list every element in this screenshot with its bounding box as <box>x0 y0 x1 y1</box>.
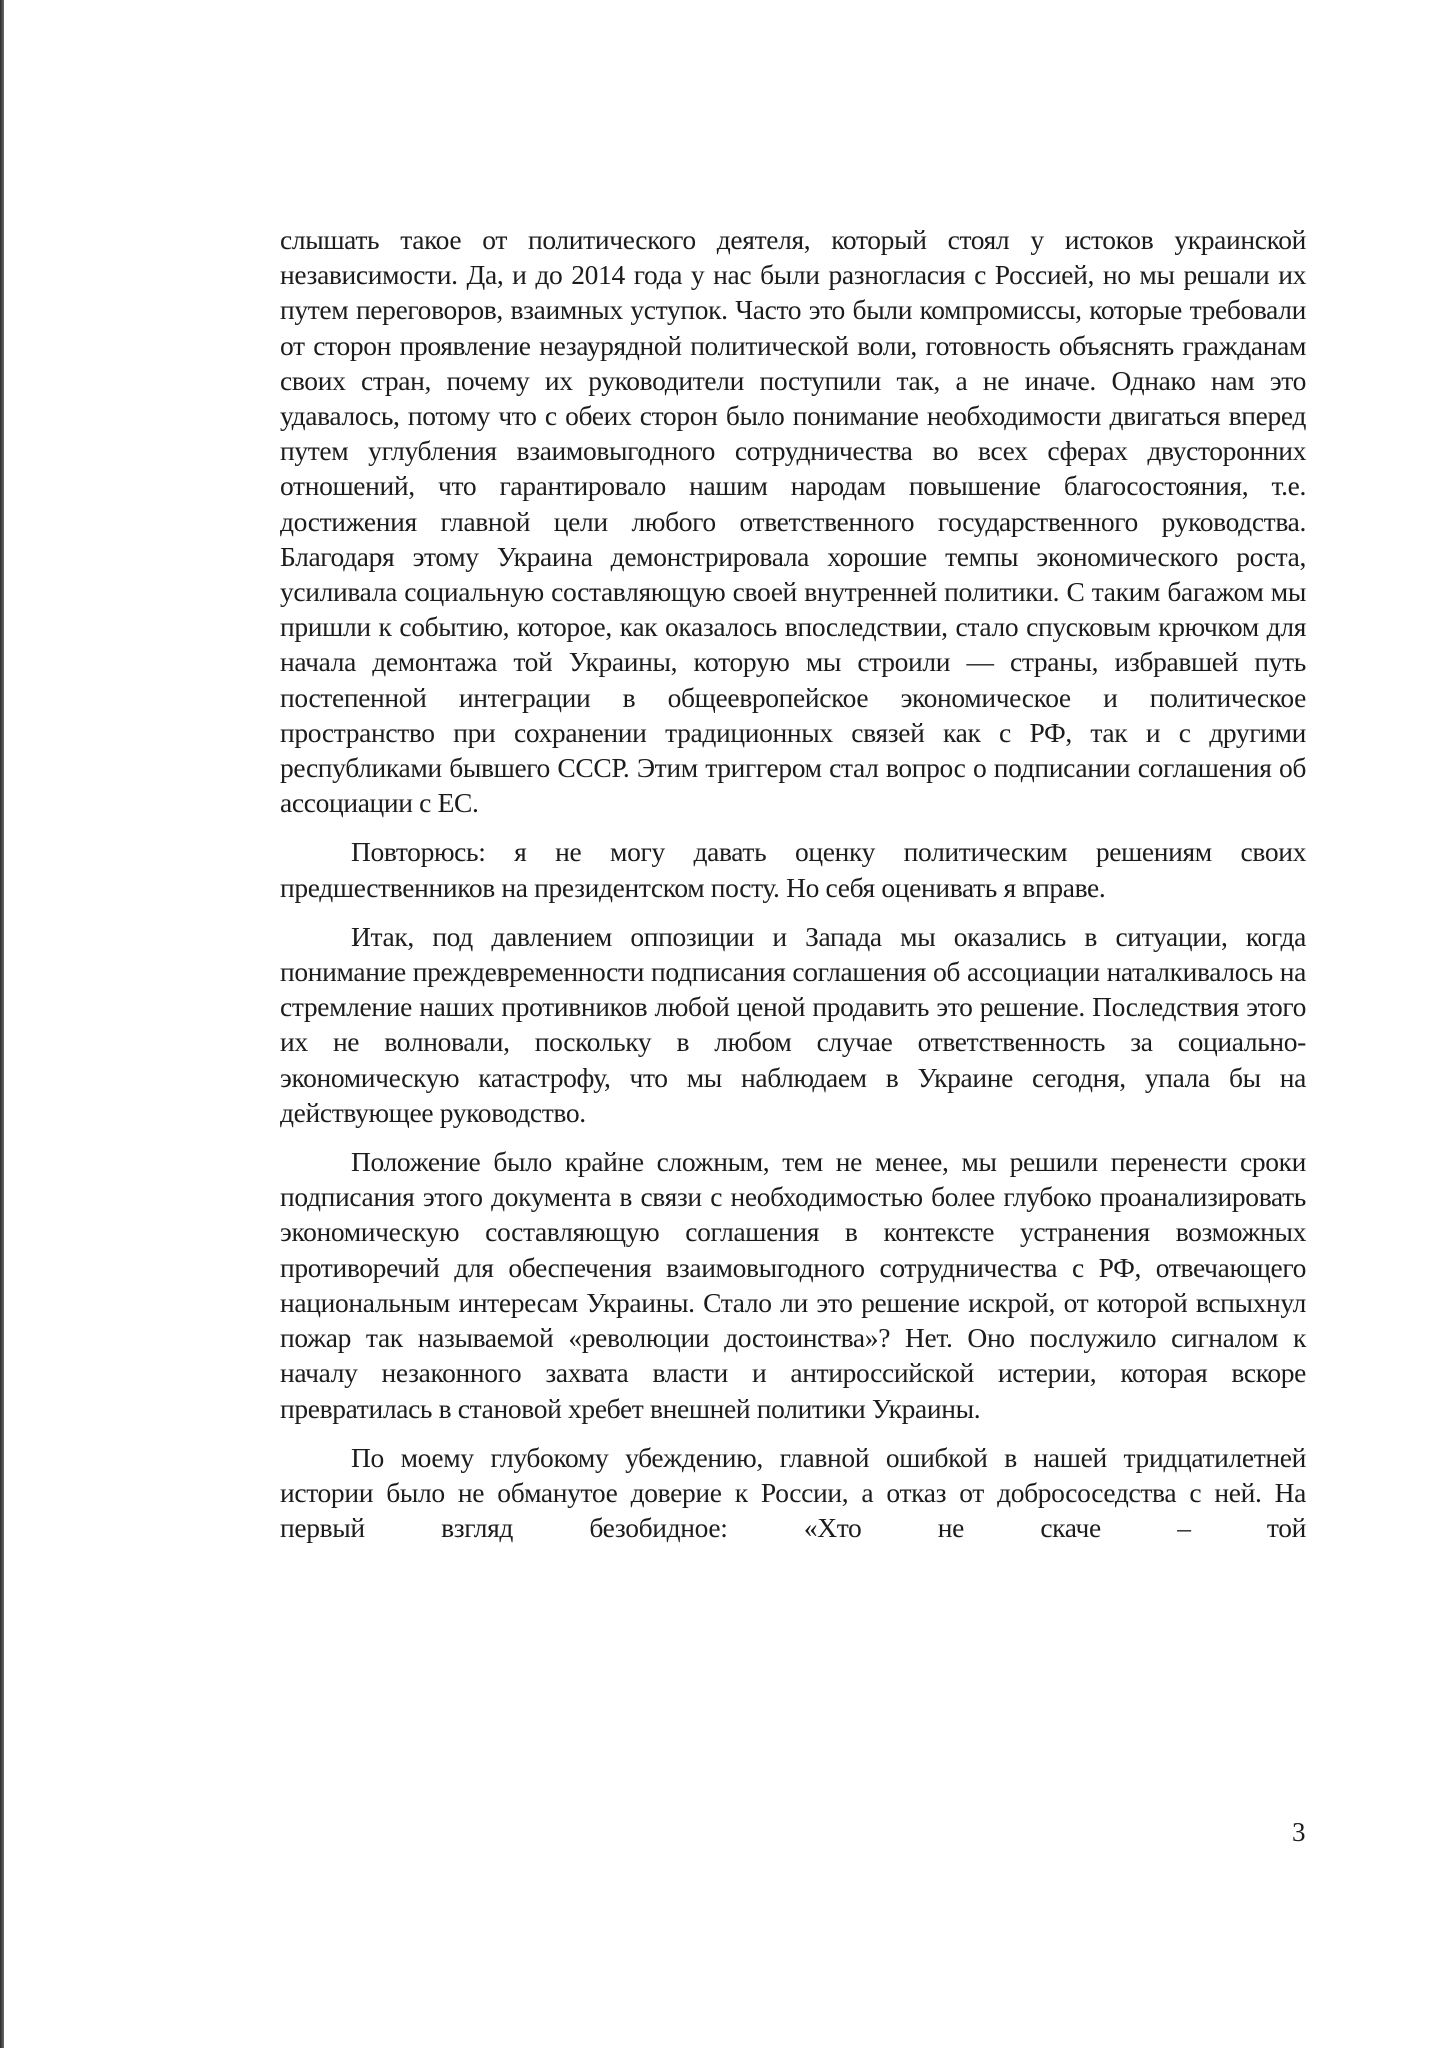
paragraph: Повторюсь: я не могу давать оценку полит… <box>280 834 1306 904</box>
document-body: слышать такое от политического деятеля, … <box>280 222 1306 1559</box>
paragraph-continued: слышать такое от политического деятеля, … <box>280 222 1306 820</box>
paragraph: Положение было крайне сложным, тем не ме… <box>280 1144 1306 1426</box>
paragraph: Итак, под давлением оппозиции и Запада м… <box>280 919 1306 1130</box>
document-page: слышать такое от политического деятеля, … <box>0 0 1448 2048</box>
scan-edge-shadow <box>0 0 4 2048</box>
paragraph: По моему глубокому убеждению, главной ош… <box>280 1440 1306 1546</box>
page-number: 3 <box>1292 1816 1306 1848</box>
